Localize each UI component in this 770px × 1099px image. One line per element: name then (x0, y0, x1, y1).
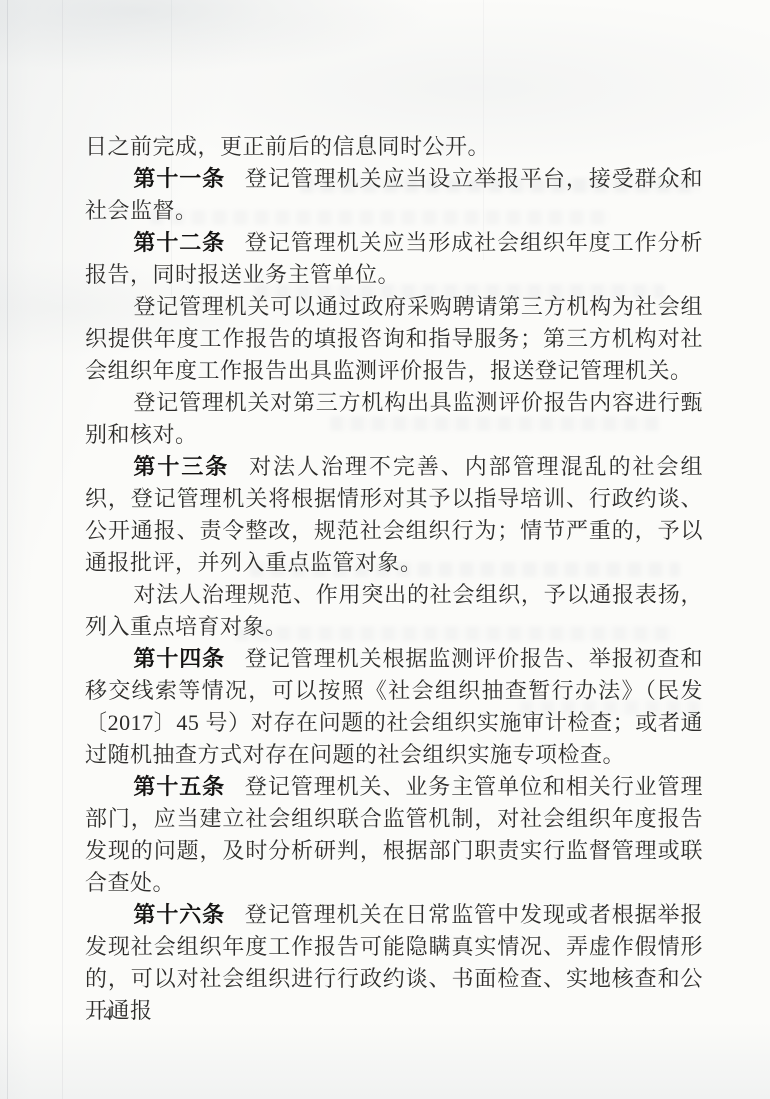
scanned-page: 日之前完成，更正前后的信息同时公开。 第十一条登记管理机关应当设立举报平台，接受… (0, 0, 770, 1099)
paragraph-continuation: 日之前完成，更正前后的信息同时公开。 (85, 131, 703, 163)
article-term: 第十六条 (133, 902, 225, 927)
article-term: 第十五条 (133, 774, 225, 799)
article-term: 第十四条 (133, 646, 225, 671)
paragraph-article-16: 第十六条登记管理机关在日常监管中发现或者根据举报发现社会组织年度工作报告可能隐瞒… (85, 899, 703, 1027)
paragraph-article-14: 第十四条登记管理机关根据监测评价报告、举报初查和移交线索等情况，可以按照《社会组… (85, 643, 703, 771)
paragraph-text: 日之前完成，更正前后的信息同时公开。 (85, 134, 490, 159)
article-term: 第十二条 (133, 230, 225, 255)
paragraph-article-12-supplement-1: 登记管理机关可以通过政府采购聘请第三方机构为社会组织提供年度工作报告的填报咨询和… (85, 291, 703, 387)
paragraph-article-13: 第十三条对法人治理不完善、内部管理混乱的社会组织，登记管理机关将根据情形对其予以… (85, 451, 703, 579)
paragraph-article-12: 第十二条登记管理机关应当形成社会组织年度工作分析报告，同时报送业务主管单位。 (85, 227, 703, 291)
document-body: 日之前完成，更正前后的信息同时公开。 第十一条登记管理机关应当设立举报平台，接受… (85, 131, 703, 1027)
scan-streak-artifact (62, 0, 63, 1099)
paragraph-article-15: 第十五条登记管理机关、业务主管单位和相关行业管理部门，应当建立社会组织联合监管机… (85, 771, 703, 899)
paragraph-text: 登记管理机关对第三方机构出具监测评价报告内容进行甄别和核对。 (85, 390, 703, 447)
scan-streak-artifact (7, 0, 8, 1099)
article-term: 第十一条 (133, 166, 225, 191)
paragraph-text: 对法人治理规范、作用突出的社会组织，予以通报表扬，列入重点培育对象。 (85, 582, 703, 639)
article-term: 第十三条 (133, 454, 229, 479)
paragraph-article-11: 第十一条登记管理机关应当设立举报平台，接受群众和社会监督。 (85, 163, 703, 227)
paragraph-article-12-supplement-2: 登记管理机关对第三方机构出具监测评价报告内容进行甄别和核对。 (85, 387, 703, 451)
paragraph-article-13-supplement: 对法人治理规范、作用突出的社会组织，予以通报表扬，列入重点培育对象。 (85, 579, 703, 643)
paragraph-text: 登记管理机关可以通过政府采购聘请第三方机构为社会组织提供年度工作报告的填报咨询和… (85, 294, 703, 383)
page-number: - 4 - (89, 1002, 129, 1026)
